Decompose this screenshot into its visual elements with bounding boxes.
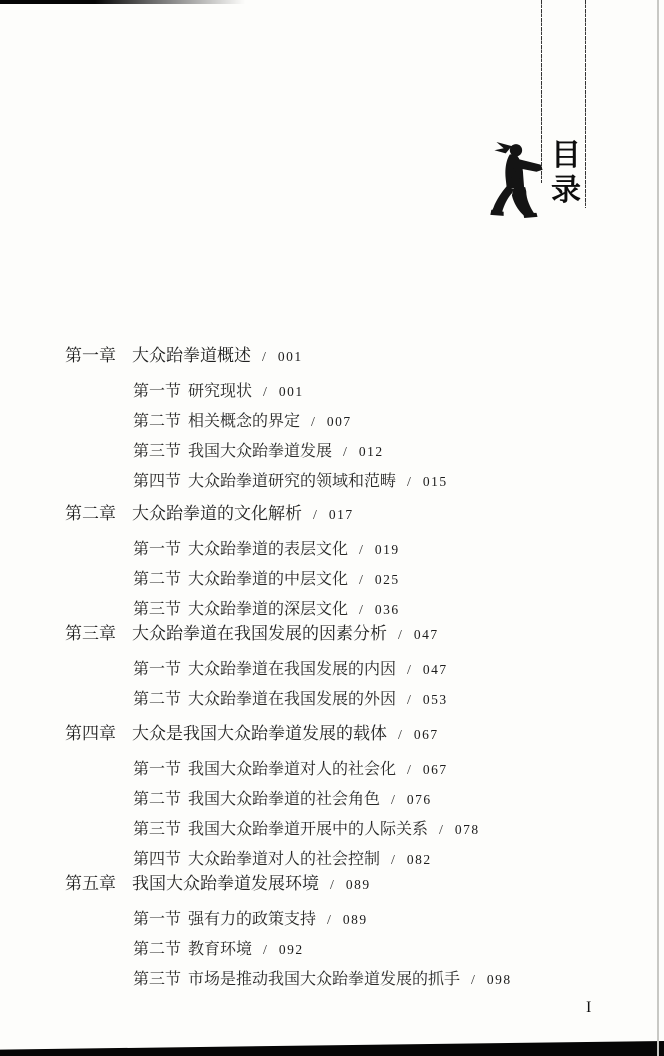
slash-separator: / — [263, 942, 267, 960]
section-page-number: 089 — [343, 911, 368, 929]
section-label: 第四节 — [133, 851, 188, 869]
section-title: 大众跆拳道对人的社会控制 — [188, 851, 380, 869]
section-row: 第四节 大众跆拳道研究的领域和范畴 / 015 — [133, 473, 555, 492]
slash-separator: / — [391, 792, 395, 810]
section-row: 第二节 大众跆拳道的中层文化 / 025 — [133, 571, 555, 590]
scan-artifact-top — [0, 0, 250, 4]
section-title: 我国大众跆拳道开展中的人际关系 — [188, 821, 428, 839]
section-label: 第二节 — [133, 691, 188, 709]
section-page-number: 092 — [279, 941, 304, 959]
slash-separator: / — [398, 627, 402, 645]
section-title: 相关概念的界定 — [188, 413, 300, 431]
folio-page-number: I — [586, 999, 591, 1017]
chapter-page-number: 047 — [414, 626, 439, 644]
chapter-label: 第二章 — [65, 505, 132, 523]
slash-separator: / — [359, 572, 363, 590]
section-title: 我国大众跆拳道发展 — [188, 443, 332, 461]
toc-chapter-block: 第三章 大众跆拳道在我国发展的因素分析 / 047 第一节 大众跆拳道在我国发展… — [65, 625, 555, 721]
chapter-title: 大众跆拳道概述 — [132, 347, 251, 365]
slash-separator: / — [407, 474, 411, 492]
section-page-number: 076 — [407, 791, 432, 809]
slash-separator: / — [391, 852, 395, 870]
section-row: 第一节 研究现状 / 001 — [133, 383, 555, 402]
chapter-label: 第三章 — [65, 625, 132, 643]
section-label: 第二节 — [133, 791, 188, 809]
section-label: 第三节 — [133, 443, 188, 461]
vertical-rule-right — [585, 0, 586, 208]
slash-separator: / — [330, 877, 334, 895]
section-page-number: 019 — [375, 541, 400, 559]
section-page-number: 007 — [327, 413, 352, 431]
slash-separator: / — [407, 662, 411, 680]
slash-separator: / — [313, 507, 317, 525]
toc-vertical-title: 目 录 — [547, 138, 585, 208]
chapter-row: 第四章 大众是我国大众跆拳道发展的载体 / 067 — [65, 725, 555, 745]
section-label: 第二节 — [133, 413, 188, 431]
section-row: 第一节 我国大众跆拳道对人的社会化 / 067 — [133, 761, 555, 780]
page-edge-right — [657, 0, 659, 1056]
toc-chapter-block: 第四章 大众是我国大众跆拳道发展的载体 / 067 第一节 我国大众跆拳道对人的… — [65, 725, 555, 881]
section-page-number: 001 — [279, 383, 304, 401]
section-row: 第二节 我国大众跆拳道的社会角色 / 076 — [133, 791, 555, 810]
chapter-row: 第一章 大众跆拳道概述 / 001 — [65, 347, 555, 367]
section-label: 第一节 — [133, 761, 188, 779]
scan-artifact-bottom — [0, 1040, 664, 1056]
chapter-page-number: 001 — [278, 348, 303, 366]
chapter-title: 大众跆拳道的文化解析 — [132, 505, 302, 523]
chapter-title: 大众是我国大众跆拳道发展的载体 — [132, 725, 387, 743]
section-page-number: 047 — [423, 661, 448, 679]
slash-separator: / — [262, 349, 266, 367]
section-label: 第二节 — [133, 571, 188, 589]
section-page-number: 078 — [455, 821, 480, 839]
section-title: 我国大众跆拳道对人的社会化 — [188, 761, 396, 779]
section-title: 大众跆拳道的中层文化 — [188, 571, 348, 589]
section-label: 第三节 — [133, 601, 188, 619]
section-label: 第一节 — [133, 911, 188, 929]
slash-separator: / — [359, 602, 363, 620]
section-title: 大众跆拳道的表层文化 — [188, 541, 348, 559]
section-row: 第三节 市场是推动我国大众跆拳道发展的抓手 / 098 — [133, 971, 555, 990]
section-row: 第二节 相关概念的界定 / 007 — [133, 413, 555, 432]
section-row: 第四节 大众跆拳道对人的社会控制 / 082 — [133, 851, 555, 870]
section-title: 教育环境 — [188, 941, 252, 959]
section-label: 第一节 — [133, 383, 188, 401]
slash-separator: / — [407, 692, 411, 710]
chapter-row: 第五章 我国大众跆拳道发展环境 / 089 — [65, 875, 555, 895]
section-page-number: 036 — [375, 601, 400, 619]
book-page-scan: 目 录 第一章 大众跆拳道概述 / 001 第一节 研究现状 / 001 第二节… — [0, 0, 664, 1056]
toc-chapter-block: 第五章 我国大众跆拳道发展环境 / 089 第一节 强有力的政策支持 / 089… — [65, 875, 555, 1001]
chapter-title: 我国大众跆拳道发展环境 — [132, 875, 319, 893]
section-label: 第四节 — [133, 473, 188, 491]
section-page-number: 012 — [359, 443, 384, 461]
section-page-number: 053 — [423, 691, 448, 709]
slash-separator: / — [263, 384, 267, 402]
section-title: 我国大众跆拳道的社会角色 — [188, 791, 380, 809]
slash-separator: / — [471, 972, 475, 990]
section-row: 第三节 我国大众跆拳道发展 / 012 — [133, 443, 555, 462]
section-page-number: 098 — [487, 971, 512, 989]
section-title: 大众跆拳道研究的领域和范畴 — [188, 473, 396, 491]
toc-chapter-block: 第二章 大众跆拳道的文化解析 / 017 第一节 大众跆拳道的表层文化 / 01… — [65, 505, 555, 631]
chapter-page-number: 089 — [346, 876, 371, 894]
chapter-page-number: 017 — [329, 506, 354, 524]
section-label: 第一节 — [133, 661, 188, 679]
chapter-row: 第三章 大众跆拳道在我国发展的因素分析 / 047 — [65, 625, 555, 645]
toc-chapter-block: 第一章 大众跆拳道概述 / 001 第一节 研究现状 / 001 第二节 相关概… — [65, 347, 555, 503]
slash-separator: / — [343, 444, 347, 462]
section-row: 第一节 大众跆拳道在我国发展的内因 / 047 — [133, 661, 555, 680]
slash-separator: / — [327, 912, 331, 930]
toc-title-char: 录 — [547, 173, 585, 208]
section-row: 第二节 大众跆拳道在我国发展的外因 / 053 — [133, 691, 555, 710]
toc-title-char: 目 — [547, 138, 585, 173]
chapter-title: 大众跆拳道在我国发展的因素分析 — [132, 625, 387, 643]
section-title: 大众跆拳道的深层文化 — [188, 601, 348, 619]
section-label: 第一节 — [133, 541, 188, 559]
section-label: 第三节 — [133, 971, 188, 989]
section-page-number: 067 — [423, 761, 448, 779]
chapter-row: 第二章 大众跆拳道的文化解析 / 017 — [65, 505, 555, 525]
slash-separator: / — [439, 822, 443, 840]
section-title: 大众跆拳道在我国发展的内因 — [188, 661, 396, 679]
section-row: 第三节 我国大众跆拳道开展中的人际关系 / 078 — [133, 821, 555, 840]
slash-separator: / — [359, 542, 363, 560]
section-row: 第一节 强有力的政策支持 / 089 — [133, 911, 555, 930]
section-label: 第三节 — [133, 821, 188, 839]
section-row: 第三节 大众跆拳道的深层文化 / 036 — [133, 601, 555, 620]
chapter-label: 第四章 — [65, 725, 132, 743]
chapter-page-number: 067 — [414, 726, 439, 744]
section-row: 第二节 教育环境 / 092 — [133, 941, 555, 960]
chapter-label: 第一章 — [65, 347, 132, 365]
slash-separator: / — [407, 762, 411, 780]
slash-separator: / — [311, 414, 315, 432]
section-title: 大众跆拳道在我国发展的外因 — [188, 691, 396, 709]
section-title: 市场是推动我国大众跆拳道发展的抓手 — [188, 971, 460, 989]
section-title: 研究现状 — [188, 383, 252, 401]
section-label: 第二节 — [133, 941, 188, 959]
taekwondo-fighter-icon — [489, 140, 545, 220]
section-page-number: 082 — [407, 851, 432, 869]
slash-separator: / — [398, 727, 402, 745]
section-page-number: 015 — [423, 473, 448, 491]
section-row: 第一节 大众跆拳道的表层文化 / 019 — [133, 541, 555, 560]
section-page-number: 025 — [375, 571, 400, 589]
section-title: 强有力的政策支持 — [188, 911, 316, 929]
chapter-label: 第五章 — [65, 875, 132, 893]
